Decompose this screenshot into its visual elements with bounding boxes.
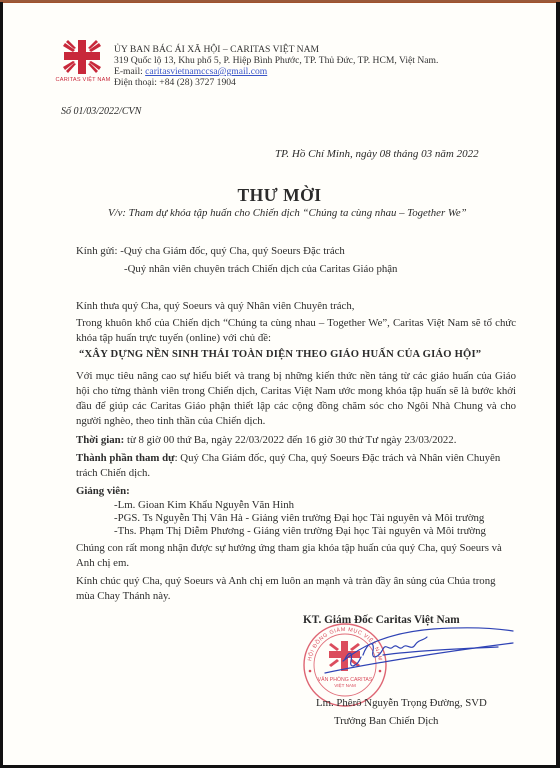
purpose-paragraph: Với mục tiêu nâng cao sự hiểu biết và tr…	[76, 369, 516, 429]
intro-paragraph: Trong khuôn khổ của Chiến dịch “Chúng ta…	[76, 316, 516, 346]
letter-title: THƯ MỜI	[3, 185, 556, 206]
reference-number: Số 01/03/2022/CVN	[61, 106, 141, 117]
participants-line: Thành phần tham dự: Quý Cha Giám đốc, qu…	[76, 451, 516, 481]
lecturer-item: -Ths. Phạm Thị Diễm Phương - Giảng viên …	[114, 524, 486, 539]
recipients-label: Kính gửi:	[76, 245, 120, 257]
org-phone: Điện thoại: +84 (28) 3727 1904	[114, 77, 236, 88]
letter-subject: V/v: Tham dự khóa tập huấn cho Chiến dịc…	[108, 207, 467, 219]
recipients-line-1: Kính gửi: -Quý cha Giám đốc, quý Cha, qu…	[76, 244, 345, 259]
wishes-paragraph: Kính chúc quý Cha, quý Soeurs và Anh chị…	[76, 574, 516, 604]
caritas-logo-icon	[59, 40, 105, 74]
email-link[interactable]: caritasvietnamccsa@gmail.com	[145, 66, 267, 77]
email-label: E-mail:	[114, 66, 145, 77]
logo-caption: CARITAS VIỆT NAM	[54, 77, 112, 83]
invitation-letter: CARITAS VIỆT NAM ỦY BAN BÁC ÁI XÃ HỘI – …	[3, 2, 556, 765]
signature-title: KT. Giám Đốc Caritas Việt Nam	[303, 614, 460, 626]
org-address: 319 Quốc lộ 13, Khu phố 5, P. Hiệp Bình …	[114, 55, 438, 66]
handwritten-signature-icon	[323, 621, 523, 691]
signer-role: Trưởng Ban Chiến Dịch	[334, 715, 438, 727]
lecturers-label: Giảng viên:	[76, 484, 516, 499]
org-name: ỦY BAN BÁC ÁI XÃ HỘI – CARITAS VIỆT NAM	[114, 44, 319, 55]
hope-paragraph: Chúng con rất mong nhận được sự hưởng ứn…	[76, 541, 516, 571]
time-line: Thời gian: từ 8 giờ 00 thứ Ba, ngày 22/0…	[76, 433, 516, 448]
training-theme: “XÂY DỰNG NỀN SINH THÁI TOÀN DIỆN THEO G…	[79, 349, 481, 360]
signer-name: Lm. Phêrô Nguyễn Trọng Đường, SVD	[316, 697, 487, 709]
time-label: Thời gian:	[76, 434, 124, 446]
time-value: từ 8 giờ 00 thứ Ba, ngày 22/03/2022 đến …	[124, 434, 456, 446]
recipient-1: -Quý cha Giám đốc, quý Cha, quý Soeurs Đ…	[120, 245, 345, 257]
dateline: TP. Hồ Chí Minh, ngày 08 tháng 03 năm 20…	[275, 148, 479, 160]
salutation: Kính thưa quý Cha, quý Soeurs và quý Nhâ…	[76, 299, 516, 314]
org-email-line: E-mail: caritasvietnamccsa@gmail.com	[114, 66, 267, 77]
participants-label: Thành phần tham dự	[76, 452, 175, 464]
recipient-2: -Quý nhân viên chuyên trách Chiến dịch c…	[124, 262, 397, 277]
